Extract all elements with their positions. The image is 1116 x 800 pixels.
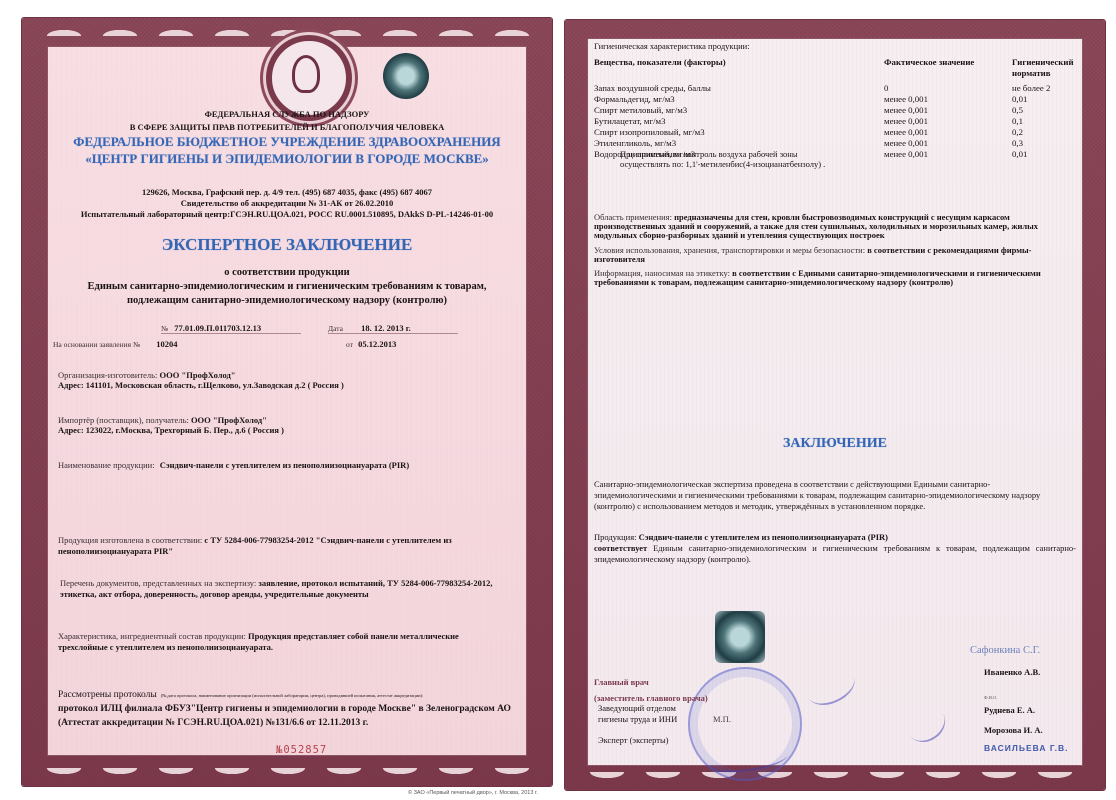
table-row: Формальдегид, мг/м3менее 0,0010,01 <box>594 94 1090 105</box>
dept-head-name: Руднева Е. А. <box>984 705 1035 715</box>
expert-conclusion-page-1: ФЕДЕРАЛЬНАЯ СЛУЖБА ПО НАДЗОРУ В СФЕРЕ ЗА… <box>22 18 552 786</box>
table-cell: Бутилацетат, мг/м3 <box>594 116 884 127</box>
stamp-name: Сафонкина С.Г. <box>970 645 1040 656</box>
table-cell: 0,3 <box>1012 138 1090 149</box>
application-number-field: На основании заявления № 10204 <box>53 339 177 349</box>
table-cell: 0,5 <box>1012 105 1090 116</box>
expert-stamp-name: ВАСИЛЬЕВА Г.В. <box>984 743 1068 753</box>
table-cell: 0 <box>884 83 1012 94</box>
conclusion-text: Санитарно-эпидемиологическая экспертиза … <box>594 479 1042 512</box>
expert-conclusion-page-2: Гигиеническая характеристика продукции: … <box>565 20 1105 790</box>
submitted-documents-block: Перечень документов, представленных на э… <box>60 578 506 600</box>
stamp-place: М.П. <box>713 714 731 724</box>
table-cell: Формальдегид, мг/м3 <box>594 94 884 105</box>
importer-address: Адрес: 123022, г.Москва, Трехгорный Б. П… <box>58 425 284 435</box>
column-header: Фактическое значение <box>884 57 1012 83</box>
deputy-label: (заместитель главного врача) <box>594 693 708 703</box>
table-cell: менее 0,001 <box>884 116 1012 127</box>
subtitle-line-1: о соответствии продукции <box>48 267 526 278</box>
expert-name: Морозова И. А. <box>984 725 1043 735</box>
decorative-border-bottom <box>579 772 1091 786</box>
hygiene-table: Вещества, показатели (факторы)Фактическо… <box>594 57 1090 160</box>
accreditation-certificate: Свидетельство об аккредитации № 31-АК от… <box>48 198 526 208</box>
table-row: Запах воздушной среды, баллы0не более 2 <box>594 83 1090 94</box>
protocols: протокол ИЛЦ филиала ФБУЗ"Центр гигиены … <box>58 704 511 728</box>
conclusion-title: ЗАКЛЮЧЕНИЕ <box>588 436 1082 452</box>
product-name: Сэндвич-панели с утеплителем из пенополи… <box>160 460 409 470</box>
institution-address: 129626, Москва, Графский пер. д. 4/9 тел… <box>48 187 526 197</box>
table-row: Этиленгликоль, мг/м3менее 0,0010,3 <box>594 138 1090 149</box>
importer-name: ООО "ПрофХолод" <box>191 415 267 425</box>
table-row: Спирт изопропиловый, мг/м3менее 0,0010,2 <box>594 127 1090 138</box>
table-cell: менее 0,001 <box>884 94 1012 105</box>
table-cell: Спирт метиловый, мг/м3 <box>594 105 884 116</box>
table-row: Спирт метиловый, мг/м3менее 0,0010,5 <box>594 105 1090 116</box>
decorative-border-top <box>36 22 538 36</box>
importer-block: Импортёр (поставщик), получатель: ООО "П… <box>58 415 516 435</box>
table-cell: 0,2 <box>1012 127 1090 138</box>
column-header: Вещества, показатели (факторы) <box>594 57 884 83</box>
table-cell: 0,01 <box>1012 149 1090 160</box>
decorative-border-bottom <box>36 768 538 782</box>
application-date-field: от 05.12.2013 <box>346 339 396 349</box>
fio-label: Ф.И.О. <box>984 695 997 700</box>
institution-line-1: ФЕДЕРАЛЬНОЕ БЮДЖЕТНОЕ УЧРЕЖДЕНИЕ ЗДРАВОО… <box>48 134 526 150</box>
table-cell: 0,1 <box>1012 116 1090 127</box>
application-date: 05.12.2013 <box>358 339 396 349</box>
dept-head-label: Заведующий отделом гигиены труда и ИНИ <box>598 703 677 725</box>
testing-lab-line: Испытательный лабораторный центр:ГСЭН.RU… <box>48 209 526 219</box>
chief-doctor-label: Главный врач <box>594 677 649 687</box>
application-number: 10204 <box>156 339 177 349</box>
document-title: ЭКСПЕРТНОЕ ЗАКЛЮЧЕНИЕ <box>48 235 526 255</box>
composition-block: Характеристика, ингредиентный состав про… <box>58 631 496 653</box>
protocols-block: Рассмотрены протоколы (№,дата протокола,… <box>58 687 522 729</box>
head-signature-icon <box>900 699 952 750</box>
conclusion-number: 77.01.09.П.011703.12.13 <box>174 323 261 333</box>
manufacturer-address: Адрес: 141101, Московская область, г.Щел… <box>58 380 344 390</box>
hygiene-heading: Гигиеническая характеристика продукции: <box>594 41 750 51</box>
hygiene-table-header: Вещества, показатели (факторы)Фактическо… <box>594 57 1090 83</box>
label-info-block: Информация, наносимая на этикетку: в соо… <box>594 269 1074 287</box>
institution-line-2: «ЦЕНТР ГИГИЕНЫ И ЭПИДЕМИОЛОГИИ В ГОРОДЕ … <box>48 151 526 167</box>
product-name: Сэндвич-панели с утеплителем из пенополи… <box>639 532 888 542</box>
subtitle-line-2: Единым санитарно-эпидемиологическим и ги… <box>48 281 526 292</box>
hygiene-note: При применении контроль воздуха рабочей … <box>620 149 825 169</box>
conclusion-number-field: № 77.01.09.П.011703.12.13 <box>161 323 301 334</box>
table-cell: менее 0,001 <box>884 127 1012 138</box>
printer-credit: © ЗАО «Первый печатный двор», г. Москва,… <box>408 790 538 796</box>
hologram-emblem-icon <box>715 611 765 663</box>
table-cell: 0,01 <box>1012 94 1090 105</box>
table-cell: Запах воздушной среды, баллы <box>594 83 884 94</box>
hologram-icon <box>383 53 429 99</box>
chief-signature-icon <box>802 662 861 712</box>
subtitle-line-3: подлежащим санитарно-эпидемиологическому… <box>48 295 526 306</box>
table-cell: Спирт изопропиловый, мг/м3 <box>594 127 884 138</box>
conclusion-date: 18. 12. 2013 г. <box>361 323 411 333</box>
column-header: Гигиенический норматив <box>1012 57 1090 83</box>
page-1-body: ФЕДЕРАЛЬНАЯ СЛУЖБА ПО НАДЗОРУ В СФЕРЕ ЗА… <box>47 46 527 756</box>
conditions-block: Условия использования, хранения, транспо… <box>594 246 1082 264</box>
table-cell: менее 0,001 <box>884 105 1012 116</box>
manufacturer-name: ООО "ПрофХолод" <box>160 370 236 380</box>
expert-label: Эксперт (эксперты) <box>598 735 669 745</box>
manufactured-per-block: Продукция изготовлена в соответствии: с … <box>58 535 506 557</box>
complies-word: соответствует <box>594 543 647 553</box>
page-2-body: Гигиеническая характеристика продукции: … <box>587 38 1083 766</box>
scope-block: Область применения: предназначены для ст… <box>594 213 1082 240</box>
table-cell: Этиленгликоль, мг/м3 <box>594 138 884 149</box>
product-name-block: Наименование продукции: Сэндвич-панели с… <box>58 460 516 470</box>
table-cell: не более 2 <box>1012 83 1090 94</box>
conclusion-date-field: Дата 18. 12. 2013 г. <box>328 323 458 334</box>
table-cell: менее 0,001 <box>884 138 1012 149</box>
agency-line-2: В СФЕРЕ ЗАЩИТЫ ПРАВ ПОТРЕБИТЕЛЕЙ И БЛАГО… <box>48 122 526 132</box>
chief-doctor-name: Иваненко А.В. <box>984 667 1040 677</box>
table-row: Бутилацетат, мг/м3менее 0,0010,1 <box>594 116 1090 127</box>
compliance-block: Продукция: Сэндвич-панели с утеплителем … <box>594 532 1076 565</box>
form-serial-number: №052857 <box>276 744 327 756</box>
table-cell: менее 0,001 <box>884 149 1012 160</box>
agency-line-1: ФЕДЕРАЛЬНАЯ СЛУЖБА ПО НАДЗОРУ <box>48 109 526 119</box>
manufacturer-block: Организация-изготовитель: ООО "ПрофХолод… <box>58 370 516 390</box>
